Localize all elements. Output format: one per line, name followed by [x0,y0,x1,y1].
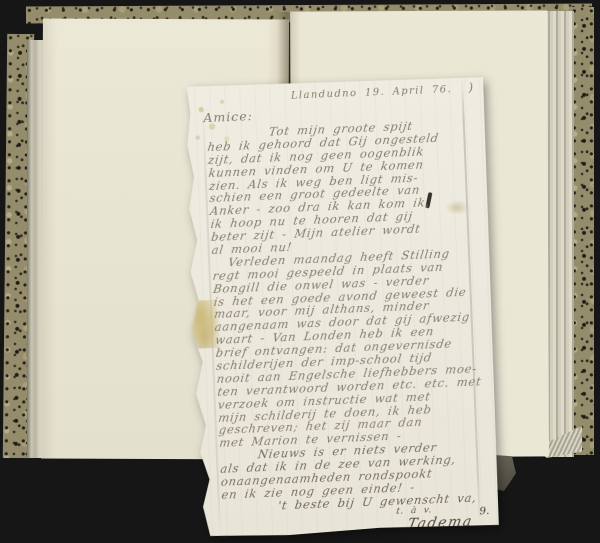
book-cover-right-edge [571,7,594,455]
handwritten-letter: Llandudno 19. April 76. ) Amice: Tot mij… [180,75,501,539]
letter-dateline: Llandudno 19. April 76. [276,84,466,103]
page-block-edge-right [545,11,574,457]
letter-paper: Llandudno 19. April 76. ) Amice: Tot mij… [180,75,501,539]
letter-dateline-mark: ) [468,80,473,94]
letter-salutation: Amice: [203,108,253,125]
pencil-number-annotation: 9. [479,505,490,517]
photograph-scene: Llandudno 19. April 76. ) Amice: Tot mij… [0,0,600,543]
letter-body: Tot mijn groote spijtheb ik gehoord dat … [206,116,494,536]
